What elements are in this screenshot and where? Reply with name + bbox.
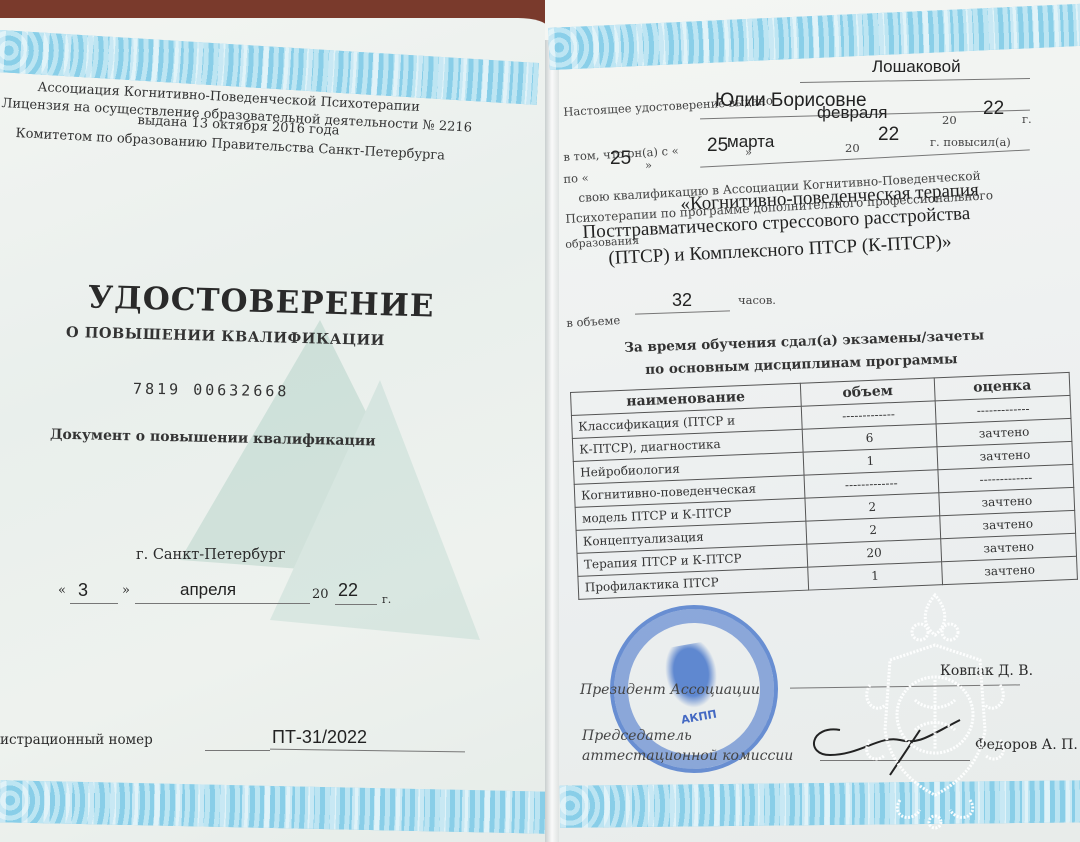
volume-unit: часов.	[738, 293, 776, 307]
from-suffix: г.	[1022, 112, 1032, 126]
book-gutter	[545, 40, 559, 842]
city-label: г. Санкт-Петербург	[136, 547, 285, 563]
volume-label: в объеме	[566, 313, 621, 330]
month-underline	[135, 603, 310, 604]
to-month: марта	[727, 132, 774, 152]
serial-number: 7819 00632668	[133, 380, 290, 401]
to-day: 25	[610, 148, 631, 170]
from-month: февраля	[817, 103, 888, 123]
signature-role: Председатель	[582, 728, 692, 744]
close-quote: »	[122, 583, 130, 598]
day-underline	[70, 603, 118, 604]
registration-underline	[205, 750, 270, 751]
from-day: 25	[707, 135, 728, 157]
cell-volume: 1	[807, 562, 943, 590]
from-year: 22	[983, 98, 1004, 120]
grades-table: наименование объем оценка Классификация …	[570, 372, 1078, 600]
issue-century: 20	[312, 587, 329, 602]
registration-label: истрационный номер	[0, 732, 153, 748]
year-underline	[335, 604, 377, 605]
year-suffix: г.	[382, 593, 391, 606]
registration-value: ПТ-31/2022	[272, 727, 367, 748]
from-century: 20	[942, 113, 957, 127]
to-close-quote: »	[645, 158, 652, 172]
crest-logo-icon	[860, 590, 1010, 830]
volume-hours: 32	[672, 290, 692, 311]
cell-grade: зачтено	[942, 556, 1078, 584]
period-to-label: по «	[563, 171, 589, 186]
to-suffix: г. повысил(а)	[930, 135, 1011, 149]
signature-role-line2: аттестационной комиссии	[582, 748, 793, 764]
issue-month: апреля	[180, 580, 236, 600]
to-year: 22	[878, 124, 899, 146]
issue-year: 22	[338, 580, 358, 601]
recipient-surname: Лошаковой	[872, 57, 961, 77]
open-quote: «	[58, 583, 66, 598]
to-century: 20	[845, 141, 860, 155]
signature-role: Президент Ассоциации	[580, 682, 760, 698]
issue-day: 3	[78, 580, 88, 601]
